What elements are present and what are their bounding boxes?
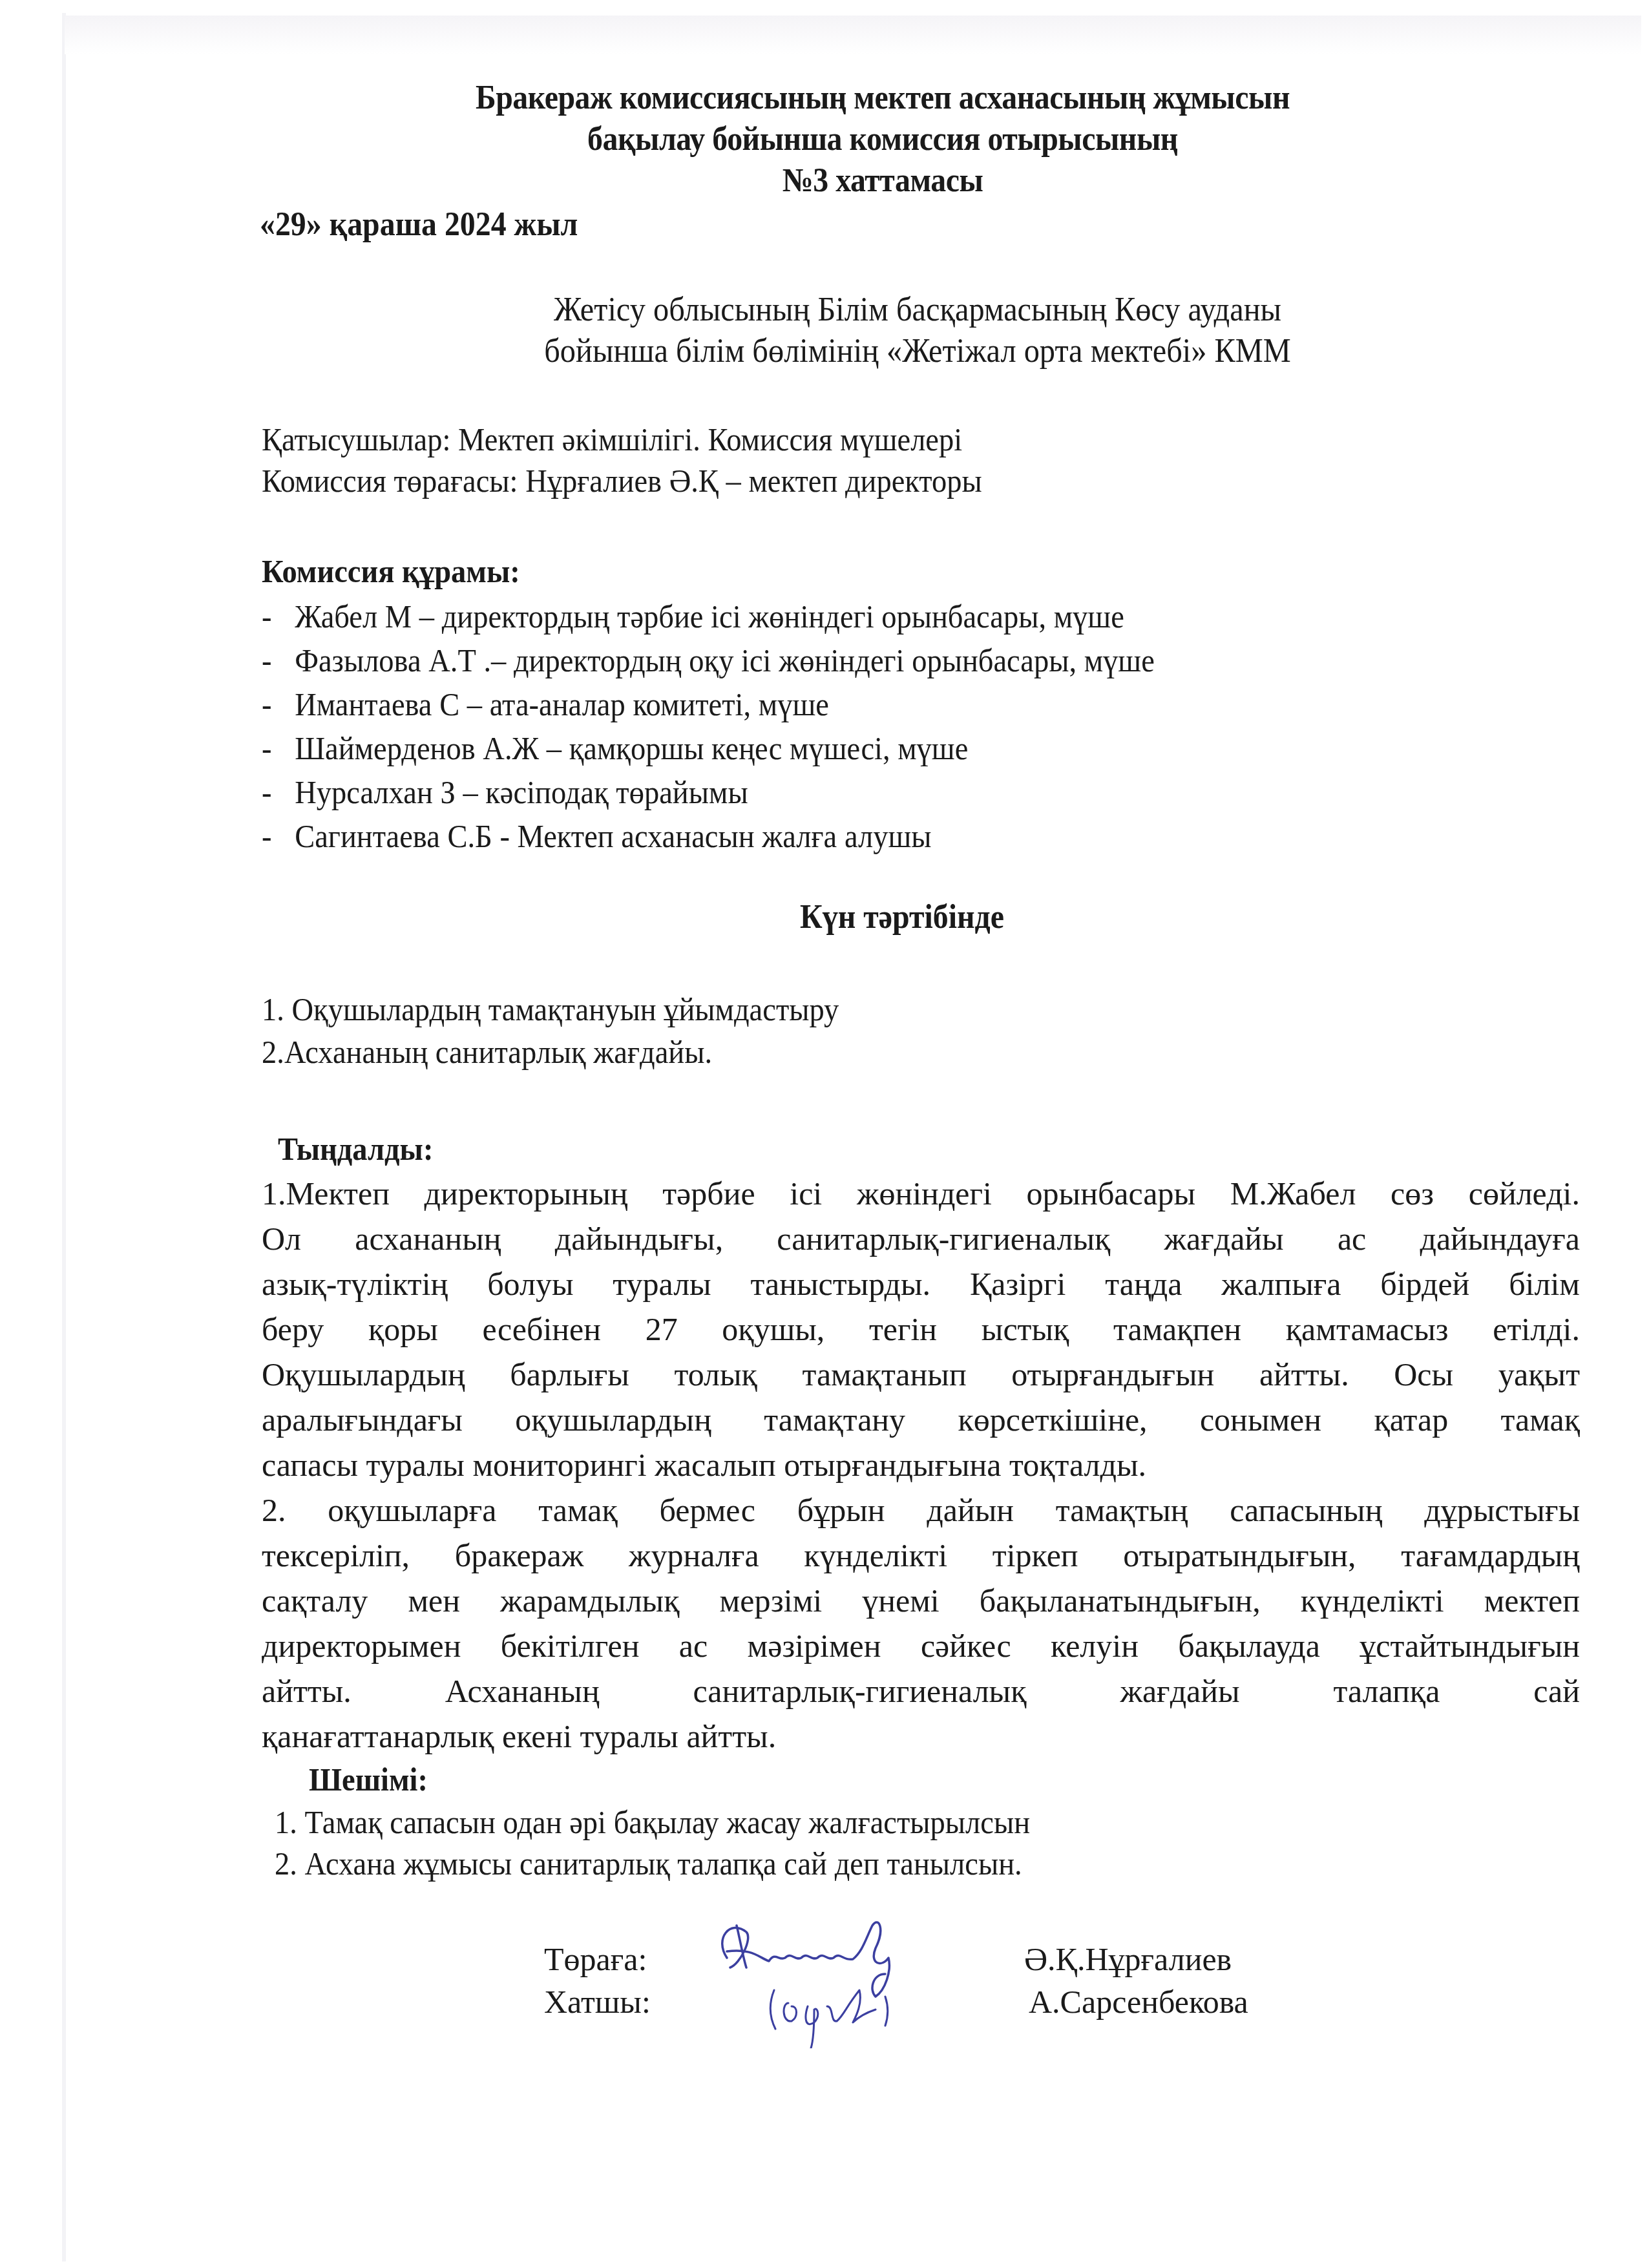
bullet: - xyxy=(262,728,295,769)
body-line: тексеріліп, бракераж журналға күнделікті… xyxy=(262,1533,1580,1578)
member-text: Сагинтаева С.Б - Мектеп асханасын жалға … xyxy=(295,818,931,854)
member-text: Нурсалхан З – кәсіподақ төрайымы xyxy=(295,774,748,810)
document-date: «29» қараша 2024 жыл xyxy=(260,204,578,246)
body-line: 1.Мектеп директорының тәрбие ісі жөнінде… xyxy=(262,1171,1580,1216)
agenda-item: 2.Асхананың санитарлық жағдайы. xyxy=(262,1031,712,1073)
agenda-heading: Күн тәртібінде xyxy=(143,897,1649,938)
commission-member: -Нурсалхан З – кәсіподақ төрайымы xyxy=(262,772,748,813)
body-line: беру қоры есебінен 27 оқушы, тегін ыстық… xyxy=(262,1307,1580,1352)
commission-heading: Комиссия құрамы: xyxy=(262,551,520,592)
heard-heading: Тыңдалды: xyxy=(278,1128,433,1170)
decision-item: 1. Тамақ сапасын одан әрі бақылау жасау … xyxy=(275,1801,1030,1843)
organization-line-1: Жетісу облысының Білім басқармасының Көс… xyxy=(485,289,1350,331)
body-line: қанағаттанарлық екені туралы айтты. xyxy=(262,1714,1580,1759)
body-line: айтты. Асхананың санитарлық-гигиеналық ж… xyxy=(262,1668,1580,1714)
body-line: Оқушылардың барлығы толық тамақтанып оты… xyxy=(262,1352,1580,1397)
bullet: - xyxy=(262,815,295,857)
commission-member: -Сагинтаева С.Б - Мектеп асханасын жалға… xyxy=(262,815,931,857)
document-title-line-3: №3 хаттамасы xyxy=(124,160,1641,202)
body-line: сапасы туралы мониторингі жасалып отырға… xyxy=(262,1442,1580,1487)
member-text: Фазылова А.Т .– директордың оқу ісі жөні… xyxy=(295,642,1155,678)
chairman-name: Ә.Қ.Нұрғалиев xyxy=(1024,1938,1232,1980)
body-line: директорымен бекітілген ас мәзірімен сәй… xyxy=(262,1623,1580,1668)
body-line: азық-түліктің болуы туралы таныстырды. Қ… xyxy=(262,1261,1580,1307)
member-text: Жабел М – директордың тәрбие ісі жөнінде… xyxy=(295,598,1124,635)
commission-member: -Жабел М – директордың тәрбие ісі жөнінд… xyxy=(262,596,1124,637)
commission-member: -Фазылова А.Т .– директордың оқу ісі жөн… xyxy=(262,640,1155,681)
chairman-label: Төраға: xyxy=(544,1938,647,1980)
bullet: - xyxy=(262,772,295,813)
commission-member: -Шаймерденов А.Ж – қамқоршы кеңес мүшесі… xyxy=(262,728,968,769)
secretary-name: А.Сарсенбекова xyxy=(1029,1981,1248,2022)
commission-member: -Имантаева С – ата-аналар комитеті, мүше xyxy=(262,684,829,725)
member-text: Шаймерденов А.Ж – қамқоршы кеңес мүшесі,… xyxy=(295,730,968,766)
document-title-line-2: бақылау бойынша комиссия отырысының xyxy=(124,119,1641,160)
decision-heading: Шешімі: xyxy=(309,1759,428,1800)
body-line: аралығындағы оқушылардың тамақтану көрсе… xyxy=(262,1397,1580,1442)
secretary-label: Хатшы: xyxy=(544,1981,651,2022)
member-text: Имантаева С – ата-аналар комитеті, мүше xyxy=(295,686,829,722)
bullet: - xyxy=(262,684,295,725)
bullet: - xyxy=(262,640,295,681)
body-line: сақталу мен жарамдылық мерзімі үнемі бақ… xyxy=(262,1578,1580,1623)
decision-item: 2. Асхана жұмысы санитарлық талапқа сай … xyxy=(275,1843,1022,1884)
document-title-line-1: Бракераж комиссиясының мектеп асханасыны… xyxy=(124,78,1641,119)
document-page: Бракераж комиссиясының мектеп асханасыны… xyxy=(0,0,1649,2268)
body-line: Ол асхананың дайындығы, санитарлық-гигие… xyxy=(262,1216,1580,1261)
bullet: - xyxy=(262,596,295,637)
organization-line-2: бойынша білім бөлімінің «Жетіжал орта ме… xyxy=(485,331,1350,372)
participants: Қатысушылар: Мектеп әкімшілігі. Комиссия… xyxy=(262,419,962,460)
body-line: 2. оқушыларға тамақ бермес бұрын дайын т… xyxy=(262,1487,1580,1533)
chairman: Комиссия төрағасы: Нұрғалиев Ә.Қ – мекте… xyxy=(262,460,982,501)
heard-body: 1.Мектеп директорының тәрбие ісі жөнінде… xyxy=(262,1171,1580,1759)
agenda-item: 1. Оқушылардың тамақтануын ұйымдастыру xyxy=(262,989,839,1030)
secretary-signature-icon xyxy=(762,1971,930,2048)
